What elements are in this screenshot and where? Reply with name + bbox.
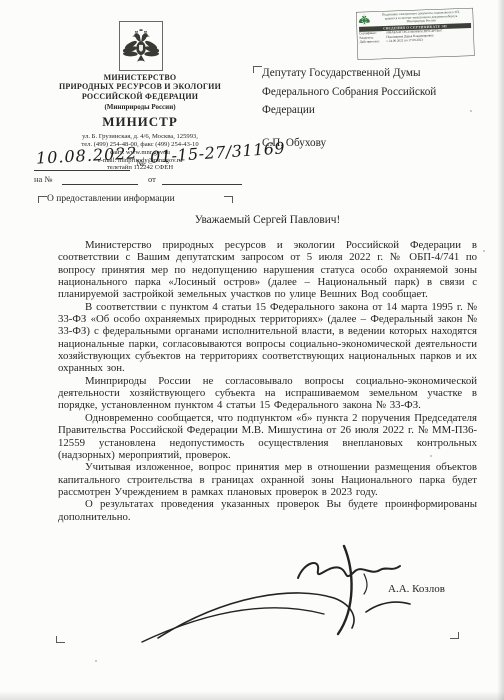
ministry-name-line: МИНИСТЕРСТВО	[26, 73, 254, 82]
bottom-left-corner-mark	[56, 636, 65, 643]
body-paragraph: Минприроды России не согласовывало вопро…	[58, 375, 477, 412]
coat-of-arms-emblem	[119, 21, 163, 71]
ministry-short-name: (Минприроды России)	[26, 103, 254, 111]
paper-edge-shadow-bottom	[0, 691, 504, 700]
reply-date-underline	[162, 184, 242, 185]
ministry-name: МИНИСТЕРСТВОПРИРОДНЫХ РЕСУРСОВ И ЭКОЛОГИ…	[26, 73, 254, 101]
position-title: МИНИСТР	[26, 114, 254, 130]
scan-speck	[470, 110, 472, 112]
bottom-right-corner-mark	[450, 632, 459, 639]
salutation: Уважаемый Сергей Павлович!	[58, 214, 477, 226]
stamp-eagle-icon	[359, 14, 370, 26]
recipient-name: С.П. Обухову	[262, 134, 474, 153]
recipient-corner-mark	[253, 66, 262, 73]
digital-signature-stamp: Подлинник электронного документа, подпис…	[356, 4, 504, 108]
subject-corner-left	[38, 196, 47, 203]
body-paragraph: Одновременно сообщается, что подпунктом …	[58, 412, 477, 461]
scan-speck	[430, 455, 432, 457]
body-paragraph: О результатах проведения указанных прове…	[58, 498, 477, 523]
ministry-name-line: ПРИРОДНЫХ РЕСУРСОВ И ЭКОЛОГИИ	[26, 82, 254, 91]
reply-number-label: на №	[34, 174, 53, 184]
stamp-field-label: Действителен:	[359, 40, 386, 45]
body-paragraph: Учитывая изложенное, вопрос принятия мер…	[58, 461, 477, 498]
reply-number-underline	[62, 184, 138, 185]
date-underline	[34, 170, 130, 171]
number-sign-label: №	[136, 158, 145, 168]
signer-name: А.А. Козлов	[388, 583, 445, 595]
ministry-name-line: РОССИЙСКОЙ ФЕДЕРАЦИИ	[26, 92, 254, 101]
body-paragraph: В соответствии с пунктом 4 статьи 15 Фед…	[58, 301, 477, 375]
reply-date-label: от	[148, 174, 156, 184]
scan-speck	[483, 250, 485, 252]
paper-edge-shadow-right	[497, 0, 504, 700]
subject-line: О предоставлении информации	[47, 194, 175, 204]
address-line: ул. Б. Грузинская, д. 4/6, Москва, 12599…	[26, 133, 254, 141]
letter-body: Министерство природных ресурсов и эколог…	[58, 239, 477, 523]
subject-corner-right	[224, 196, 233, 203]
body-paragraph: Министерство природных ресурсов и эколог…	[58, 239, 477, 301]
scan-speck	[95, 660, 97, 662]
double-eagle-icon	[123, 25, 159, 67]
stamp-fields: Сертификат: 00БАБААГ1ЕС1НВ9ВВА1ВР7С4РТВ0…	[359, 28, 471, 45]
scanned-letter-page: МИНИСТЕРСТВОПРИРОДНЫХ РЕСУРСОВ И ЭКОЛОГИ…	[0, 0, 504, 700]
